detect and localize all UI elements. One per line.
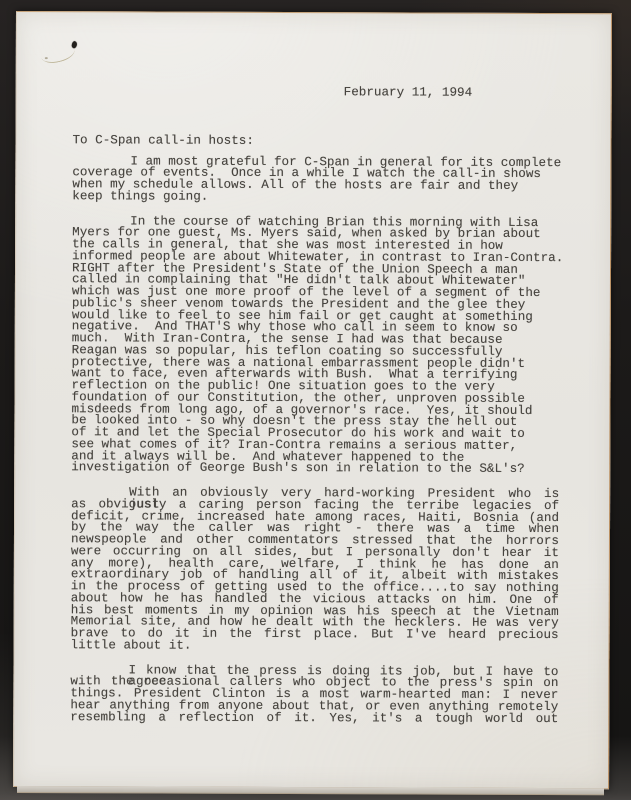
letter-line: investigation of George Bush's son in re… <box>71 462 559 476</box>
letter-paragraph: I am most grateful for C-Span in general… <box>72 156 560 205</box>
letter-date: February 11, 1994 <box>344 87 561 100</box>
scan-background-mat: February 11, 1994 To C-Span call-in host… <box>0 0 631 800</box>
letter-paragraph: With an obviously very hard-working Pres… <box>71 487 560 653</box>
typewritten-letter: February 11, 1994 To C-Span call-in host… <box>70 86 560 725</box>
letter-paragraph: I know that the press is doing its job, … <box>70 665 558 726</box>
letter-line: keep things going. <box>72 191 560 205</box>
letter-line: resembling a reflection of it. Yes, it's… <box>70 712 558 726</box>
letter-body: I am most grateful for C-Span in general… <box>70 156 560 726</box>
letter-paragraph: In the course of watching Brian this mor… <box>71 216 560 476</box>
paper-speck <box>45 57 48 59</box>
letter-line: little about it. <box>71 640 559 654</box>
scratch-mark <box>39 41 76 66</box>
letter-page: February 11, 1994 To C-Span call-in host… <box>13 11 612 789</box>
letter-salutation: To C-Span call-in hosts: <box>72 135 560 149</box>
